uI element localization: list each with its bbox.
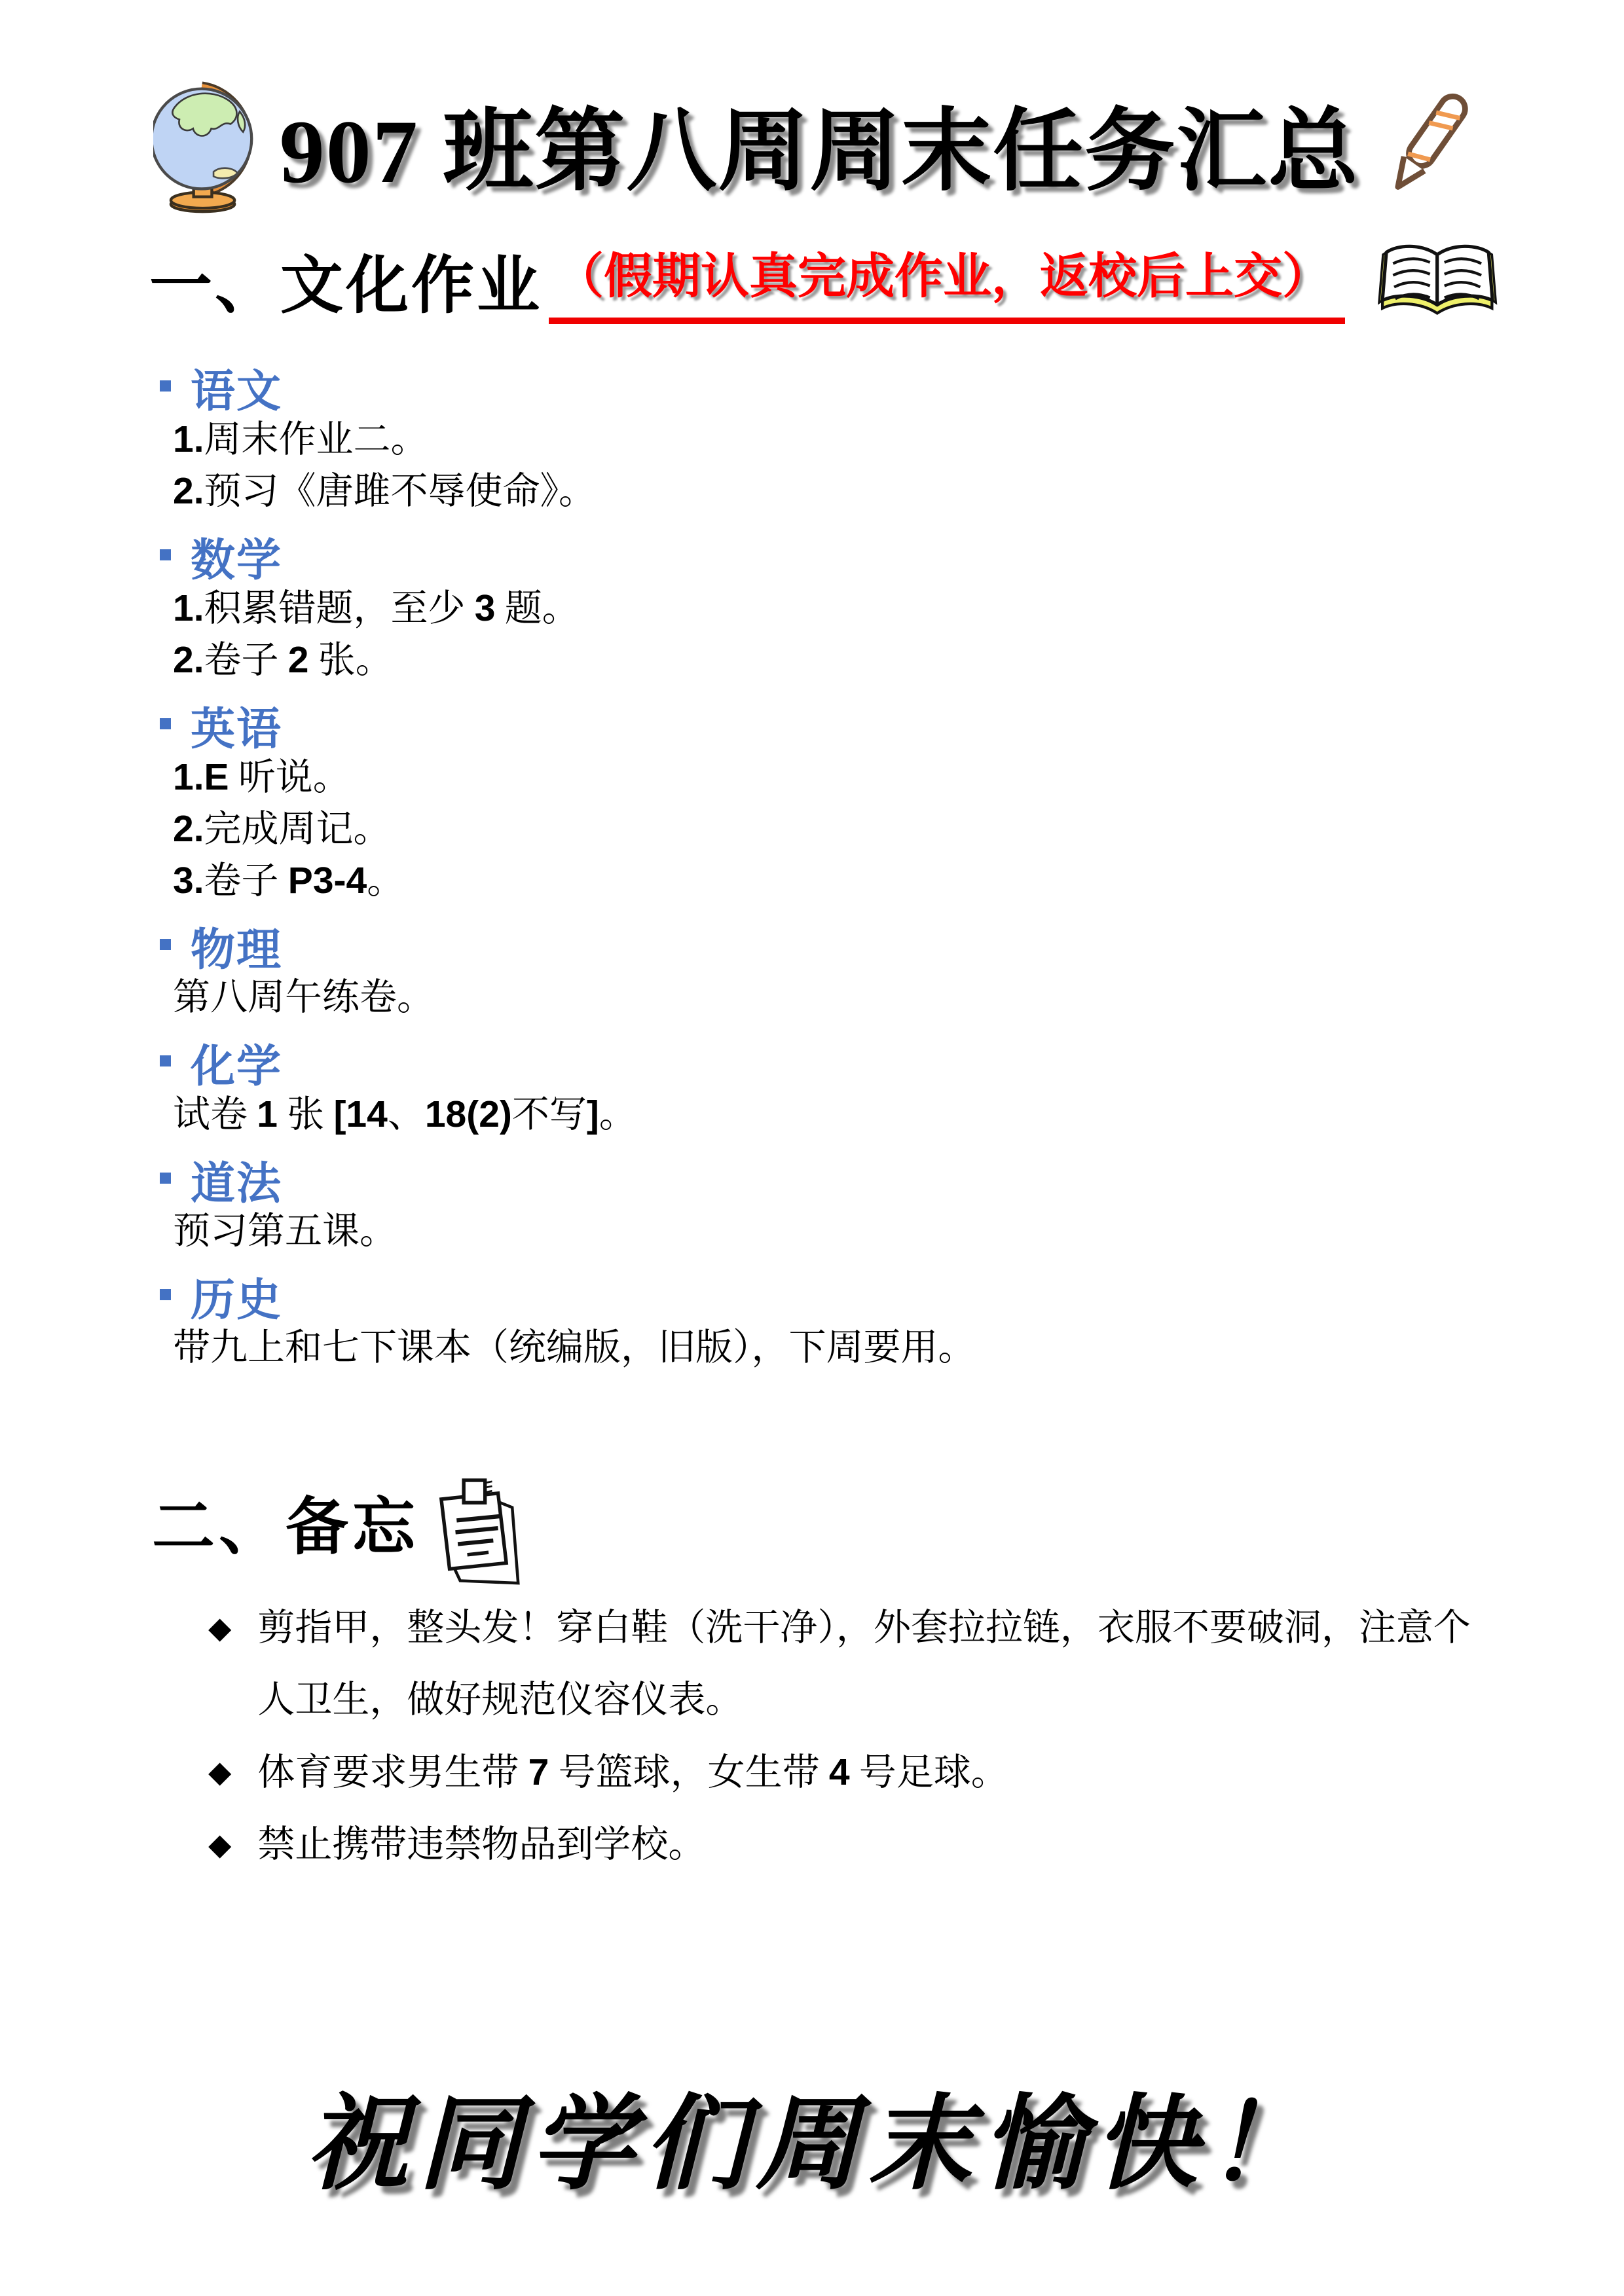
task-item: 第八周午练卷。 [173,972,976,1023]
section1-annotation: （假期认真完成作业，返校后上交） [549,238,1345,324]
subject-chinese: 语文 1.周末作业二。 2.预习《唐雎不辱使命》。 [160,361,976,517]
subject-heading: 英语 [160,699,976,752]
square-bullet-icon [160,380,171,392]
subject-name: 英语 [191,694,282,757]
task-item: 2.卷子 2 张。 [173,634,976,686]
square-bullet-icon [160,939,171,950]
memo-icon [428,1469,532,1595]
diamond-bullet-icon: ◆ [208,1736,231,1809]
section1-heading: 一、文化作业 [149,236,542,325]
page-title: 907 班第八周周末任务汇总 [280,79,1360,208]
task-item: 预习第五课。 [173,1206,976,1257]
square-bullet-icon [160,1289,171,1300]
subject-morality-law: 道法 预习第五课。 [160,1154,976,1257]
subject-name: 历史 [191,1265,282,1328]
memo-text: 禁止携带违禁物品到学校。 [257,1809,1502,1881]
section1-heading-row: 一、文化作业 （假期认真完成作业，返校后上交） [149,236,1504,325]
square-bullet-icon [160,1173,171,1184]
subject-chemistry: 化学 试卷 1 张 [14、18(2)不写]。 [160,1036,976,1140]
memo-text: 体育要求男生带 7 号篮球，女生带 4 号足球。 [257,1736,1502,1809]
memo-list: ◆ 剪指甲，整头发！穿白鞋（洗干净），外套拉拉链，衣服不要破洞，注意个人卫生，做… [208,1592,1502,1881]
square-bullet-icon [160,1055,171,1066]
memo-item: ◆ 体育要求男生带 7 号篮球，女生带 4 号足球。 [208,1736,1502,1809]
task-item: 1.周末作业二。 [173,414,976,465]
subject-heading: 数学 [160,530,976,583]
pencil-icon [1386,80,1471,208]
diamond-bullet-icon: ◆ [208,1809,231,1881]
document-page: 907 班第八周周末任务汇总 一、文化作业 （假期认真完成作业，返校后上交） [0,0,1624,2296]
square-bullet-icon [160,549,171,560]
task-item: 试卷 1 张 [14、18(2)不写]。 [173,1089,976,1140]
subject-name: 数学 [191,525,282,589]
subject-heading: 物理 [160,920,976,972]
memo-item: ◆ 禁止携带违禁物品到学校。 [208,1809,1502,1881]
open-book-icon [1373,239,1504,323]
subject-physics: 物理 第八周午练卷。 [160,920,976,1023]
globe-icon [153,65,261,221]
memo-text: 剪指甲，整头发！穿白鞋（洗干净），外套拉拉链，衣服不要破洞，注意个人卫生，做好规… [257,1592,1502,1736]
task-item: 1.积累错题，至少 3 题。 [173,583,976,634]
memo-item: ◆ 剪指甲，整头发！穿白鞋（洗干净），外套拉拉链，衣服不要破洞，注意个人卫生，做… [208,1592,1502,1736]
footer-greeting: 祝同学们周末愉快！ [0,2061,1624,2210]
square-bullet-icon [160,718,171,729]
diamond-bullet-icon: ◆ [208,1592,231,1736]
subject-heading: 语文 [160,361,976,414]
task-item: 带九上和七下课本（统编版，旧版），下周要用。 [173,1322,976,1374]
subject-name: 道法 [191,1148,282,1212]
title-bar: 907 班第八周周末任务汇总 [0,65,1624,221]
task-item: 3.卷子 P3-4。 [173,855,976,907]
section2-heading: 二、备忘 [152,1472,419,1583]
task-item: 2.预习《唐雎不辱使命》。 [173,465,976,517]
subject-heading: 道法 [160,1154,976,1206]
subject-math: 数学 1.积累错题，至少 3 题。 2.卷子 2 张。 [160,530,976,686]
subject-heading: 历史 [160,1270,976,1322]
subject-list: 语文 1.周末作业二。 2.预习《唐雎不辱使命》。 数学 1.积累错题，至少 3… [160,361,976,1374]
subject-history: 历史 带九上和七下课本（统编版，旧版），下周要用。 [160,1270,976,1374]
subject-heading: 化学 [160,1036,976,1089]
subject-name: 化学 [191,1031,282,1095]
task-item: 2.完成周记。 [173,803,976,855]
task-item: 1.E 听说。 [173,752,976,803]
section2-heading-row: 二、备忘 [152,1472,532,1595]
subject-english: 英语 1.E 听说。 2.完成周记。 3.卷子 P3-4。 [160,699,976,907]
subject-name: 物理 [191,915,282,978]
subject-name: 语文 [191,356,282,420]
